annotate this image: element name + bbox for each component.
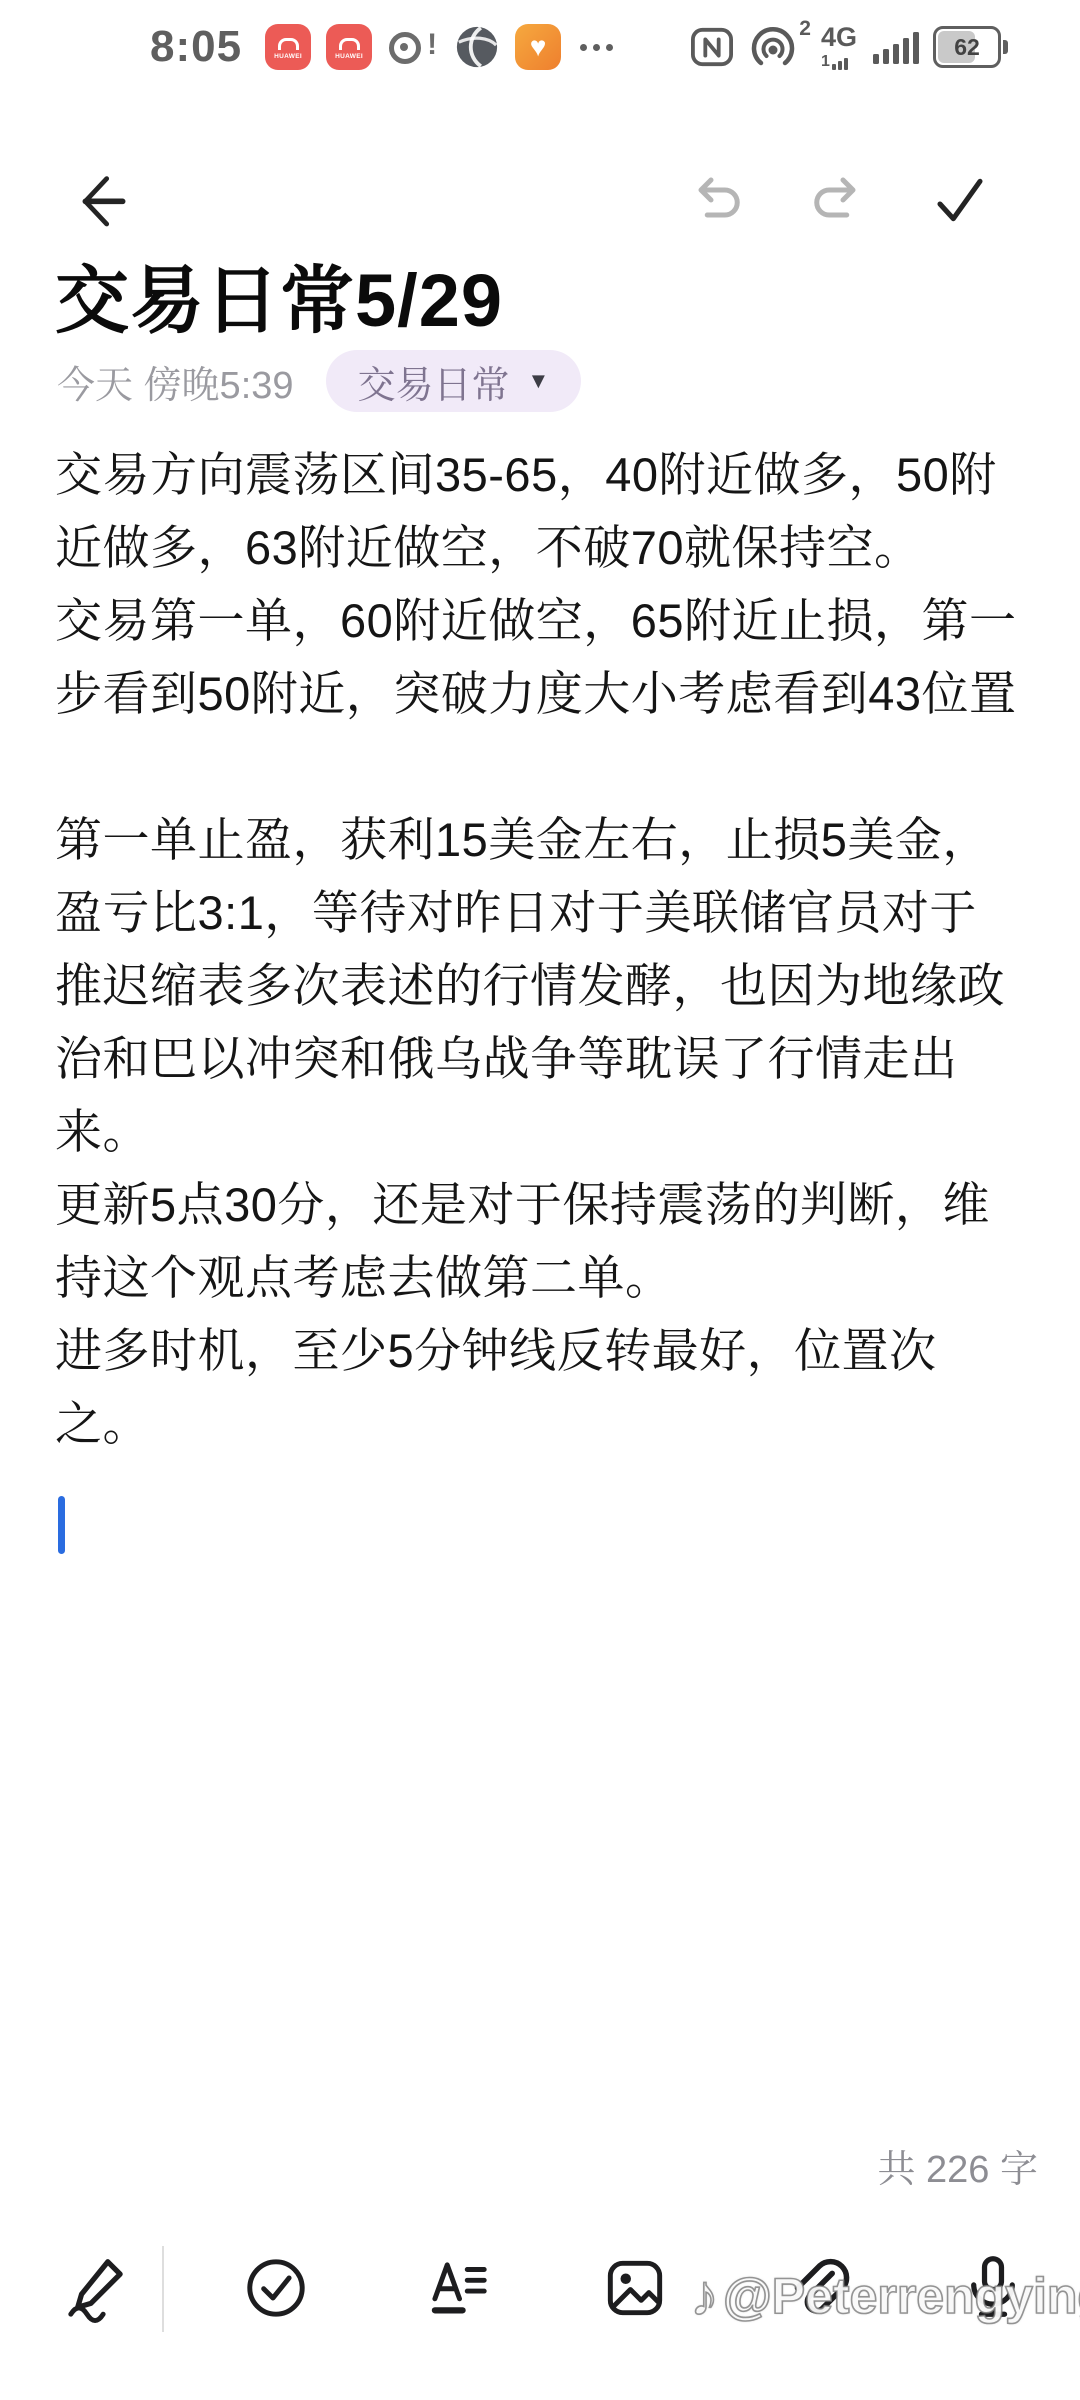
body-text-line: 盈亏比3:1，等待对昨日对于美联储官员对于 bbox=[55, 876, 1040, 949]
bag-handle-shape bbox=[339, 38, 360, 50]
bag-handle-shape bbox=[278, 38, 299, 50]
note-body-editor[interactable]: 交易方向震荡区间35-65，40附近做多，50附近做多，63附近做空，不破70就… bbox=[55, 438, 1040, 1460]
back-button[interactable] bbox=[72, 168, 136, 232]
header-actions bbox=[684, 168, 1080, 232]
body-text-line: 交易第一单，60附近做空，65附近止损，第一 bbox=[55, 584, 1040, 657]
save-confirm-button[interactable] bbox=[928, 168, 992, 232]
battery-icon: 62 bbox=[933, 26, 1008, 68]
text-format-button[interactable] bbox=[420, 2250, 496, 2326]
handwriting-pen-icon bbox=[60, 2251, 134, 2325]
hotspot-icon: 2 bbox=[749, 23, 797, 71]
body-text-line: 第一单止盈，获利15美金左右，止损5美金， bbox=[55, 803, 1040, 876]
sim2-badge: 2 bbox=[799, 17, 811, 41]
clock-time: 8:05 bbox=[150, 22, 242, 72]
more-notifications-dots bbox=[580, 44, 613, 51]
handwriting-pen-button[interactable] bbox=[59, 2250, 135, 2326]
chevron-down-icon: ▼ bbox=[528, 368, 550, 394]
body-text-line: 近做多，63附近做空，不破70就保持空。 bbox=[55, 511, 1040, 584]
redo-icon bbox=[808, 170, 868, 230]
status-bar: 8:05 HUAWEI HUAWEI ! ♥ bbox=[0, 14, 1080, 80]
note-title[interactable]: 交易日常5/29 bbox=[55, 242, 503, 348]
browser-globe-icon bbox=[454, 24, 500, 70]
word-count: 共 226 字 bbox=[877, 2138, 1038, 2193]
sim1-label: 1 bbox=[821, 54, 830, 70]
note-timestamp: 今天 傍晚5:39 bbox=[57, 354, 294, 409]
todo-check-icon bbox=[239, 2251, 313, 2325]
body-text-line: 之。 bbox=[55, 1387, 1040, 1460]
network-type-indicator: 4G 1 bbox=[821, 24, 857, 70]
status-right-group: 2 4G 1 62 bbox=[689, 23, 1008, 71]
health-heart-icon: ♥ bbox=[515, 24, 561, 70]
battery-percent: 62 bbox=[954, 34, 980, 61]
battery-nub bbox=[1003, 40, 1008, 54]
watermark-handle: @Peterrengyingi bbox=[723, 2267, 1080, 2325]
body-text-line: 更新5点30分，还是对于保持震荡的判断，维 bbox=[55, 1168, 1040, 1241]
nfc-icon bbox=[689, 26, 735, 68]
undo-button[interactable] bbox=[684, 168, 748, 232]
heart-glyph: ♥ bbox=[530, 33, 547, 61]
todo-checklist-button[interactable] bbox=[238, 2250, 314, 2326]
text-cursor bbox=[58, 1496, 65, 1554]
body-text-line: 来。 bbox=[55, 1095, 1040, 1168]
appgallery-label: HUAWEI bbox=[335, 53, 363, 60]
back-arrow-icon bbox=[72, 167, 136, 233]
body-text-line: 步看到50附近，突破力度大小考虑看到43位置 bbox=[55, 657, 1040, 730]
tag-label: 交易日常 bbox=[358, 354, 510, 409]
body-text-line: 治和巴以冲突和俄乌战争等耽误了行情走出 bbox=[55, 1022, 1040, 1095]
category-tag-pill[interactable]: 交易日常 ▼ bbox=[326, 350, 582, 412]
body-text-line: 交易方向震荡区间35-65，40附近做多，50附 bbox=[55, 438, 1040, 511]
toolbar-divider bbox=[162, 2246, 164, 2332]
alert-ring-icon: ! bbox=[387, 24, 439, 70]
status-left-group: 8:05 HUAWEI HUAWEI ! ♥ bbox=[150, 22, 613, 72]
signal-bars-icon bbox=[873, 30, 919, 64]
insert-image-button[interactable] bbox=[597, 2250, 673, 2326]
text-format-icon bbox=[421, 2251, 495, 2325]
body-text-line: 推迟缩表多次表述的行情发酵，也因为地缘政 bbox=[55, 949, 1040, 1022]
note-meta-row: 今天 傍晚5:39 交易日常 ▼ bbox=[57, 350, 581, 412]
check-mark-icon bbox=[928, 168, 992, 232]
huawei-appgallery-icon: HUAWEI bbox=[326, 24, 372, 70]
redo-button[interactable] bbox=[806, 168, 870, 232]
body-text-line: 持这个观点考虑去做第二单。 bbox=[55, 1241, 1040, 1314]
sim1-mini-signal: 1 bbox=[821, 54, 848, 70]
battery-body: 62 bbox=[933, 26, 1001, 68]
douyin-watermark: ♪ @Peterrengyingi bbox=[690, 2262, 1080, 2329]
body-text-line: 进多时机，至少5分钟线反转最好，位置次 bbox=[55, 1314, 1040, 1387]
appgallery-label: HUAWEI bbox=[274, 53, 302, 60]
music-note-icon: ♪ bbox=[690, 2262, 719, 2329]
network-4g-label: 4G bbox=[821, 24, 857, 51]
exclamation-mark: ! bbox=[427, 28, 437, 62]
huawei-appgallery-icon: HUAWEI bbox=[265, 24, 311, 70]
editor-header-bar bbox=[0, 150, 1080, 250]
insert-image-icon bbox=[598, 2251, 672, 2325]
undo-icon bbox=[686, 170, 746, 230]
body-text-line bbox=[55, 730, 1040, 803]
